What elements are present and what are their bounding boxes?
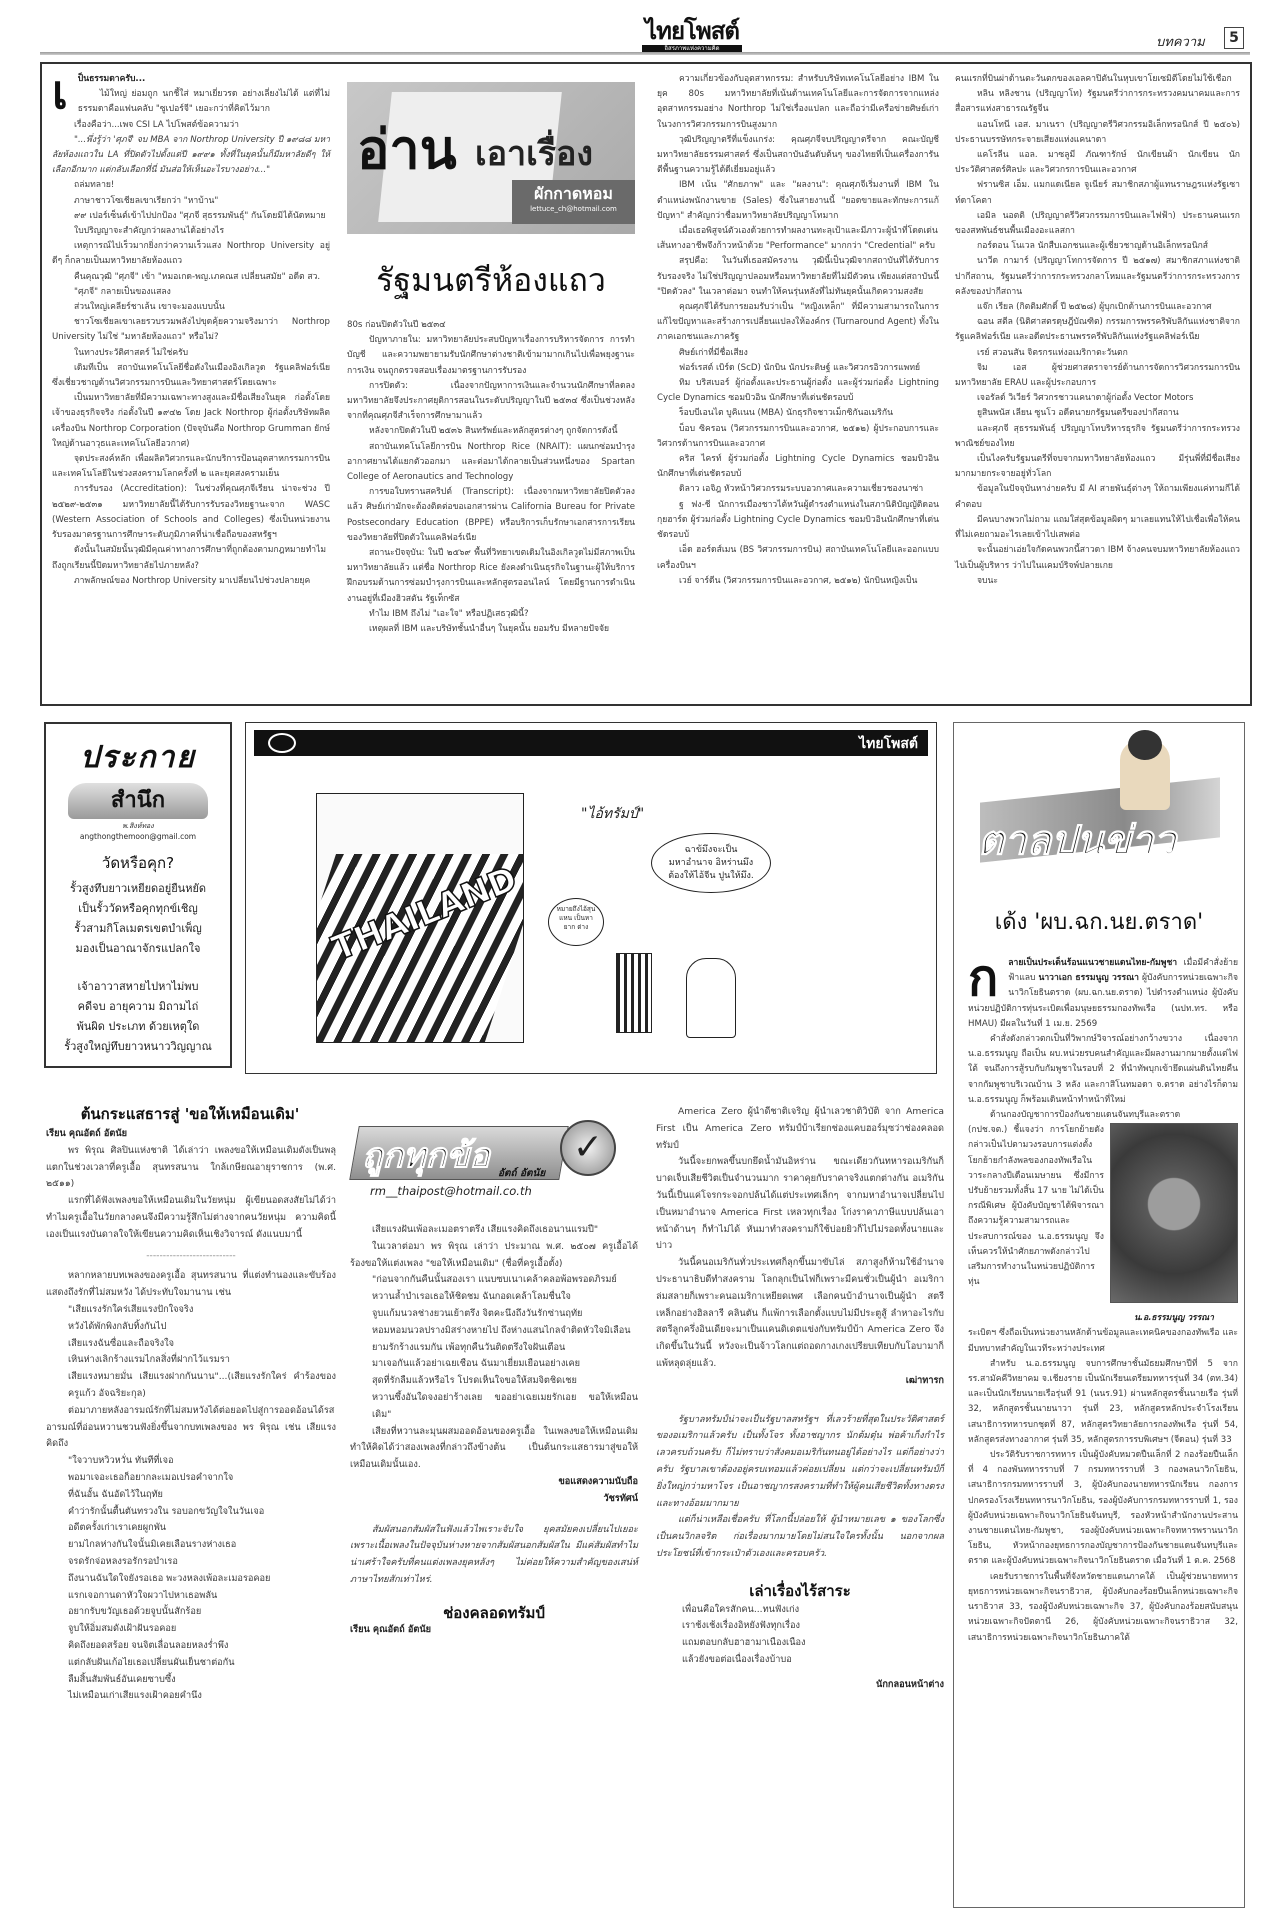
read-column-col2: 80s ก่อนปิดตัวในปี ๒๕๓๔ ปัญหาภายใน: มหาว… xyxy=(347,318,635,637)
poem-email: angthongthemoon@gmail.com xyxy=(46,832,230,841)
caricature-figure xyxy=(686,958,736,1038)
letter1-reply: สัมผัสนอกสัมผัสในฟังแล้วไพเราะจับใจ ยุคส… xyxy=(350,1522,638,1589)
cartoon-box: ไทยโพสต์ THAILAND "ไอ้ทรัมป์" ฉาข้มึงจะเ… xyxy=(245,722,937,1074)
news-dropcap: ก xyxy=(968,956,998,1000)
author-name: ผักกาดหอม xyxy=(512,183,635,205)
letter2-col3: America Zero ผู้นำดีชาติเจริญ ผู้นำเลวชา… xyxy=(656,1104,944,1694)
news-logo-text: ตาลปนข่าว xyxy=(978,808,1176,872)
poem2-title: เล่าเรื่องไร้สาระ xyxy=(656,1583,944,1600)
song3: "ก่อนจากกันคืนนั้นสองเรา แนบซบเนาเคล้าคล… xyxy=(350,1272,638,1423)
speech-bubble-main: ฉาข้มึงจะเป็นมหาอำนาจ อิหร่านมึงต้องให้ไ… xyxy=(651,833,771,893)
letters-email: rm__thaipost@hotmail.co.th xyxy=(370,1184,532,1198)
masthead-title: ไทยโพสต์ xyxy=(642,18,742,44)
cartoonist-mascot-icon xyxy=(268,733,296,753)
cartoon-caption: "ไอ้ทรัมป์" xyxy=(581,803,644,825)
letters-logo-author: อัตถ์ อัตนัย xyxy=(498,1166,545,1181)
poem-logo-author: พ.สิงห์ทอง xyxy=(46,821,230,832)
logo-title-a: อ่าน xyxy=(357,122,457,178)
news-photo xyxy=(1110,1123,1238,1303)
masthead-tagline: อิสรภาพแห่งความคิด xyxy=(642,45,742,52)
poem-title: วัดหรือคุก? xyxy=(46,851,230,875)
cartoon-panel-left: THAILAND xyxy=(316,793,524,1043)
page-number: 5 xyxy=(1224,27,1244,49)
poem2-lines: เพื่อนคือใครสักคน...ทนฟังเก่ง เราช้งเช้ง… xyxy=(656,1602,944,1669)
lead-text: ป็นธรรมดาครับ... xyxy=(78,74,146,84)
author-email: lettuce_ch@hotmail.com xyxy=(512,205,635,213)
news-headline: เด้ง 'ผบ.ฉก.นย.ตราด' xyxy=(958,904,1240,939)
poem2-sign: นักกลอนหน้าต่าง xyxy=(656,1677,944,1694)
headline: รัฐมนตรีห้องแถว xyxy=(347,260,635,300)
dropcap: เ xyxy=(52,72,68,112)
read-column-col4: คนแรกที่บินผ่าด้านตะวันตกของเอลคาปิตันใน… xyxy=(955,72,1240,589)
poem-column-box: ประกาย สำนึก พ.สิงห์ทอง angthongthemoon@… xyxy=(44,722,232,1068)
news-column-body: ก ลายเป็นประเด็นร้อนแนวชายแดนไทย-กัมพูชา… xyxy=(968,956,1238,1646)
letters-logo-text: ถูกทุกข้อ xyxy=(362,1128,490,1182)
header-rule xyxy=(40,52,1250,55)
song2: "ใจวาบหวิวหวั่น ทันทีที่เจอ พอมาเจอะเธอก… xyxy=(46,1453,336,1705)
cartoon-brand: ไทยโพสต์ xyxy=(859,733,918,755)
read-column-col3: ความเกี่ยวข้องกับอุตสาหกรรม: สำหรับบริษั… xyxy=(657,72,939,589)
news-photo-caption: น.อ.ธรรมนูญ วรรณา xyxy=(1110,1311,1238,1326)
poem-logo-top: ประกาย xyxy=(46,734,230,781)
letter1-col1: เรียน คุณอัตถ์ อัตนัย พร พิรุณ ศิลปินแห่… xyxy=(46,1126,336,1705)
letter1-sign-b: วัชรทัศน์ xyxy=(350,1491,638,1508)
news-photo-block: น.อ.ธรรมนูญ วรรณา xyxy=(1110,1123,1238,1326)
masthead-logo: ไทยโพสต์ อิสรภาพแห่งความคิด xyxy=(642,18,742,54)
letter1-salutation: เรียน คุณอัตถ์ อัตนัย xyxy=(46,1126,336,1143)
poem-logo-main: สำนึก xyxy=(68,783,208,819)
section-label: บทความ xyxy=(1156,31,1205,52)
logo-title-b: เอาเรื่อง xyxy=(475,134,593,174)
poem-stanza-1: รั้วสูงทึบยาวเหยียดอยู่ยืนหยัด เป็นรั้วว… xyxy=(46,879,230,959)
letter1-sign-a: ขอแสดงความนับถือ xyxy=(350,1474,638,1491)
news-column-logo: ตาลปนข่าว xyxy=(970,730,1228,880)
poem-stanza-2: เจ้าอาวาสหายไปหาไม่พบ คดีจบ อายุความ มิถ… xyxy=(46,977,230,1057)
speech-bubble-small: หมายถึงไอ้สุนแหน เป็นหายาก ต่าง xyxy=(548,898,604,946)
checkmark-icon: ✓ xyxy=(560,1120,616,1176)
letter1-title: ต้นกระแสธารสู่ 'ขอให้เหมือนเดิม' xyxy=(40,1102,340,1126)
letter2-salutation: เรียน คุณอัตถ์ อัตนัย xyxy=(350,1622,638,1639)
letters-logo: ถูกทุกข้อ อัตถ์ อัตนัย ✓ xyxy=(348,1106,638,1196)
song1: "เสียแรงรักใคร่เสียแรงปักใจจริง หวังได้พ… xyxy=(46,1302,336,1403)
read-column-logo: อ่าน เอาเรื่อง ผักกาดหอม lettuce_ch@hotm… xyxy=(347,82,635,234)
read-column-col1: เ ป็นธรรมดาครับ... ไม้ใหญ่ ย่อมถูก นกชี้… xyxy=(52,72,330,589)
cartoon-header-bar: ไทยโพสต์ xyxy=(254,730,928,756)
letter2-sign: เฒ่าทารก xyxy=(656,1373,944,1390)
letter2-title: ช่องคลอดทรัมป์ xyxy=(350,1605,638,1622)
letter1-col2: เสียแรงฝันเพ้อละเมอตราตรึง เสียแรงคิดถึง… xyxy=(350,1222,638,1638)
reader-head xyxy=(1128,730,1162,760)
author-band: ผักกาดหอม lettuce_ch@hotmail.com xyxy=(512,180,635,224)
uncle-sam-figure xyxy=(616,953,652,1033)
separator: --------------------------- xyxy=(46,1248,336,1265)
